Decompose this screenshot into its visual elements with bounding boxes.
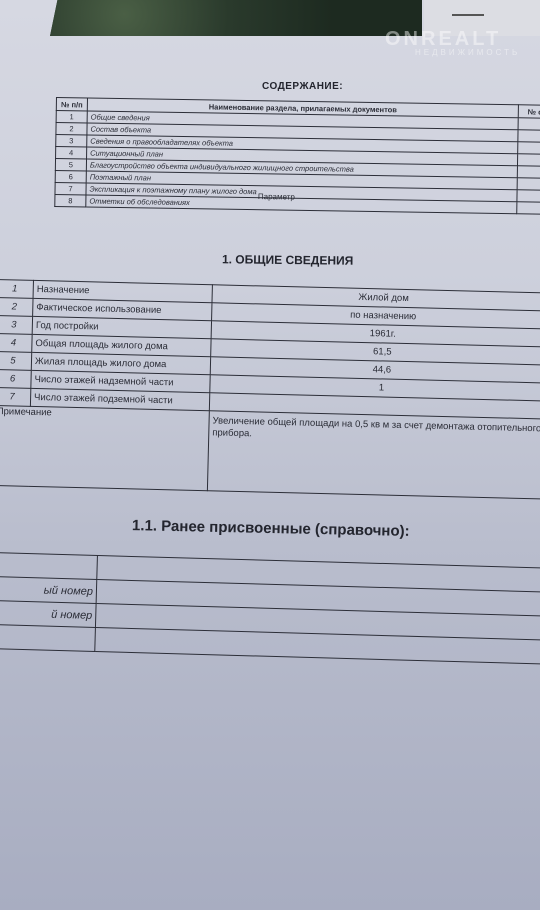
row-num: 3 [56,135,87,147]
row-page [517,178,540,191]
note-value: Увеличение общей площади на 0,5 кв м за … [207,411,540,499]
general-note-row: ПримечаниеУвеличение общей площади на 0,… [0,405,540,499]
row-num: 7 [55,182,86,194]
row-num: 3 [0,316,33,335]
background-photo [50,0,422,36]
previous-table: ый номер й номер [0,552,540,665]
row-num: 1 [0,280,33,299]
row-num: 4 [0,333,32,352]
row-label [0,553,97,580]
general-table: 1НазначениеЖилой дом 2Фактическое исполь… [0,279,540,500]
row-num: 5 [0,351,32,370]
contents-title: СОДЕРЖАНИЕ: [262,81,343,92]
row-page [518,118,540,131]
row-num: 6 [55,170,86,182]
row-num: 2 [56,123,87,135]
row-page [518,142,540,155]
row-page [517,166,540,179]
row-label: ый номер [0,577,97,604]
row-label: й номер [0,600,96,627]
watermark-sub: НЕДВИЖИМОСТЬ [415,48,520,57]
row-num: 5 [55,159,86,171]
col-num: № п/п [56,98,87,111]
row-page [517,154,540,167]
row-num: 2 [0,298,33,317]
row-label [0,624,95,651]
row-num: 4 [56,147,87,159]
row-num: 6 [0,369,31,388]
col-page: № ст [518,105,540,119]
row-num: 7 [0,387,31,406]
note-label: Примечание [0,405,209,490]
row-page [518,130,540,143]
general-title: 1. ОБЩИЕ СВЕДЕНИЯ [222,252,353,267]
corner-mark [452,14,484,16]
row-num: 8 [55,194,86,206]
row-num: 1 [56,111,87,123]
